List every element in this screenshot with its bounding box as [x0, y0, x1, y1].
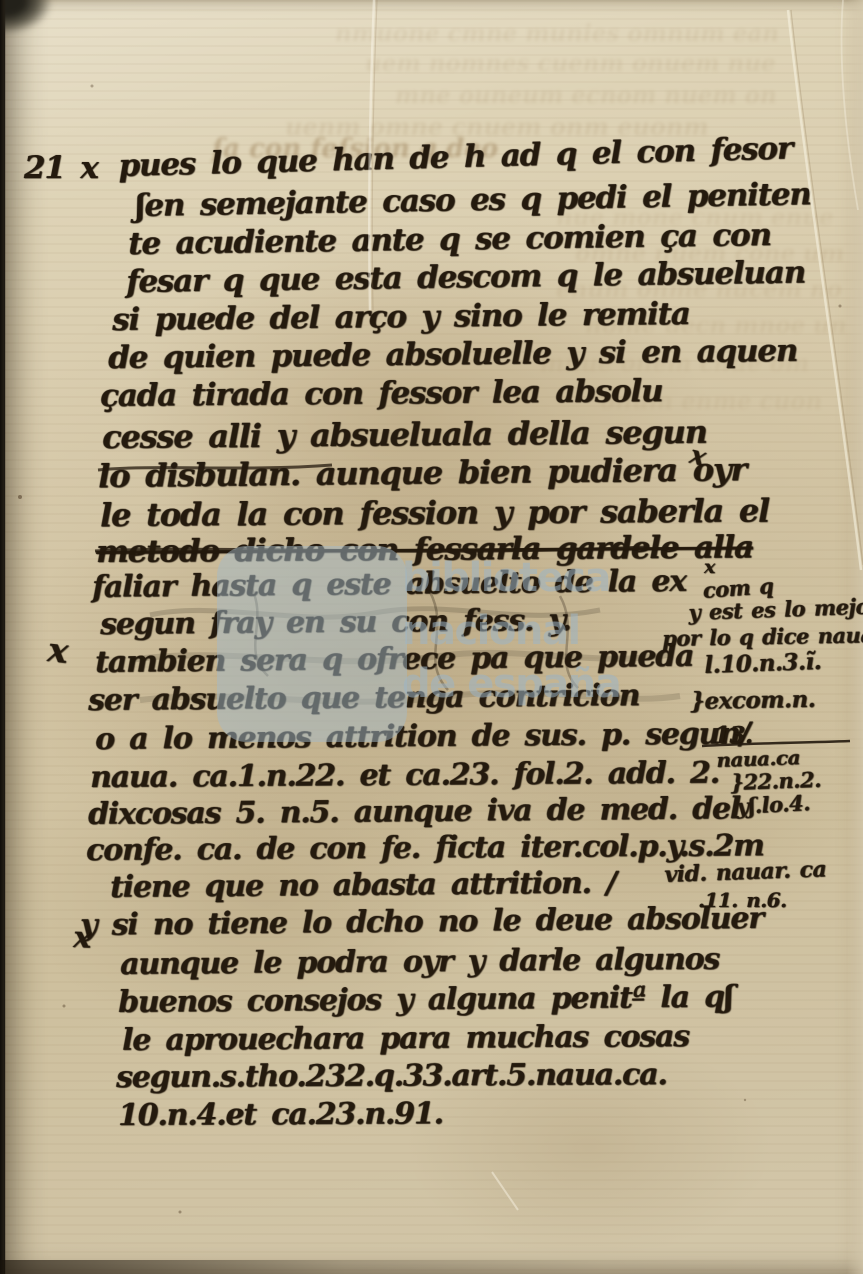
strike-stroke: [95, 547, 645, 551]
crease-line-bottom: [492, 1172, 518, 1210]
overwrite-scribble: [140, 693, 680, 702]
descender-tangle: [250, 585, 268, 676]
overwrite-scribble: [150, 609, 600, 617]
ink-speck: [91, 85, 94, 88]
overwrite-scribble: [130, 653, 672, 661]
creases-and-scribbles: [0, 0, 863, 1274]
ink-speck: [18, 495, 22, 499]
crease-line-small: [841, 0, 858, 210]
ink-speck: [839, 305, 842, 308]
margin-underline: [702, 741, 850, 746]
descender-tangle: [560, 596, 578, 688]
strike-stroke: [98, 465, 332, 470]
ink-speck: [63, 1005, 66, 1008]
crease-line-shadow: [791, 10, 863, 565]
crease-line: [788, 10, 861, 570]
manuscript-photo: nmuone cmne munies omnum eanuem nomnes c…: [0, 0, 863, 1274]
ink-speck: [744, 1099, 746, 1101]
ink-speck: [179, 1211, 182, 1214]
